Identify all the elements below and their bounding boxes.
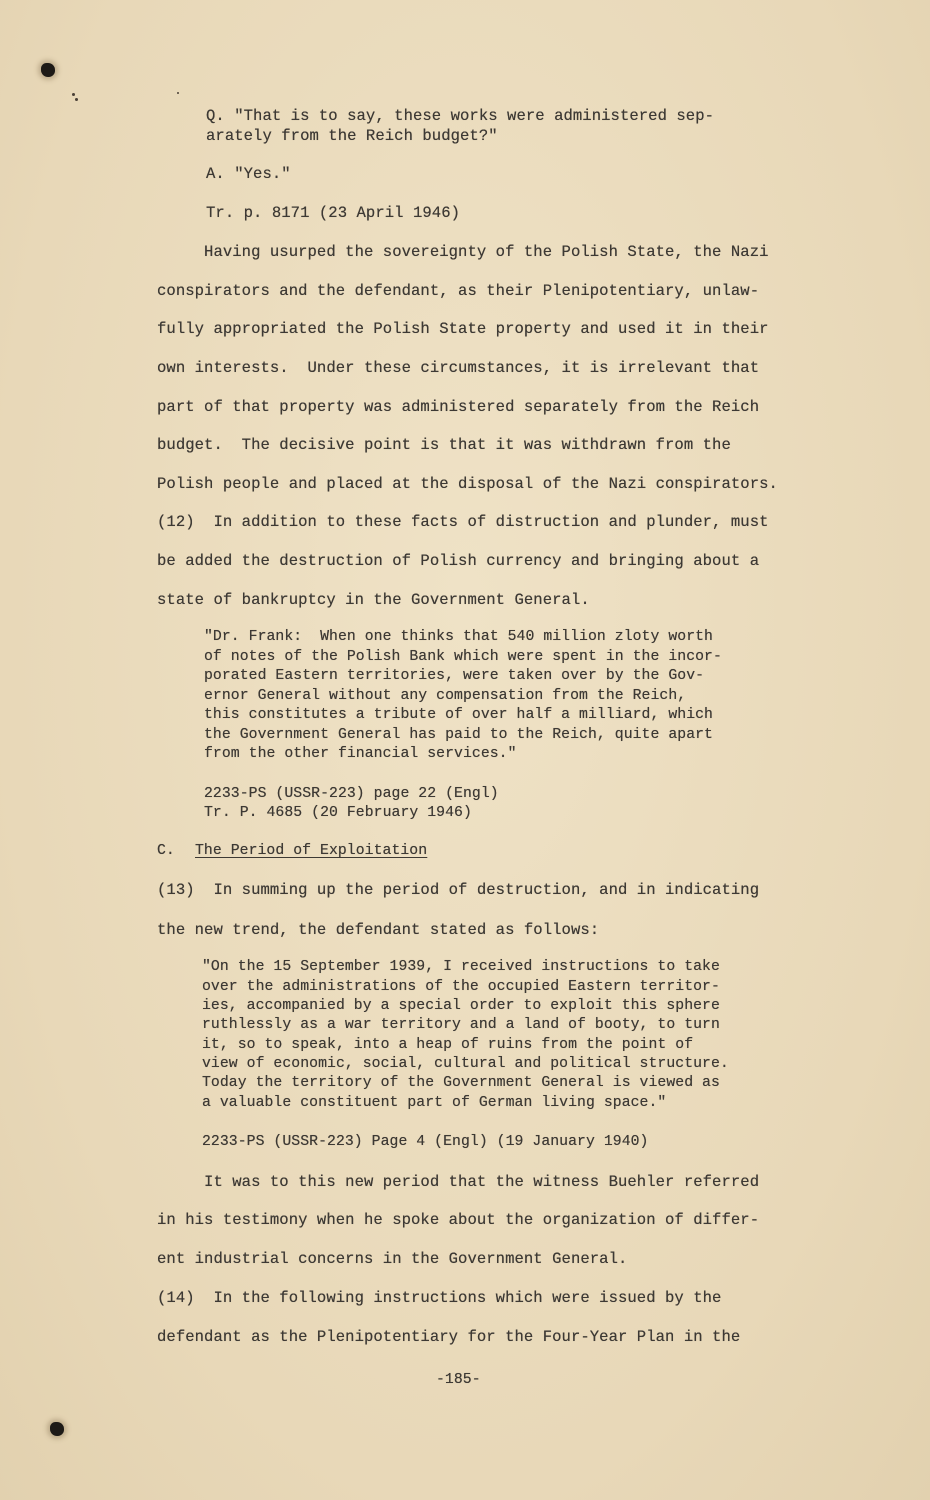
quote-line: the Government General has paid to the R… [204, 727, 713, 743]
document-page: Q. "That is to say, these works were adm… [0, 0, 930, 1500]
body-line: defendant as the Plenipotentiary for the… [157, 1328, 740, 1346]
quote-line: ruthlessly as a war territory and a land… [202, 1017, 720, 1033]
body-line: It was to this new period that the witne… [157, 1173, 759, 1191]
quote-line: Today the territory of the Government Ge… [202, 1075, 720, 1091]
quote-line: over the administrations of the occupied… [202, 979, 720, 995]
body-line: conspirators and the defendant, as their… [157, 282, 759, 300]
quote-line: ernor General without any compensation f… [204, 688, 686, 704]
body-line: Polish people and placed at the disposal… [157, 475, 778, 493]
body-line: Having usurped the sovereignty of the Po… [157, 243, 769, 261]
punch-hole-top [41, 63, 55, 77]
punch-hole-bottom [50, 1422, 64, 1436]
body-line: in his testimony when he spoke about the… [157, 1211, 759, 1229]
body-line: part of that property was administered s… [157, 398, 759, 416]
body-line: (13) In summing up the period of destruc… [157, 881, 759, 899]
citation: 2233-PS (USSR-223) Page 4 (Engl) (19 Jan… [202, 1134, 648, 1150]
body-line: budget. The decisive point is that it wa… [157, 436, 731, 454]
citation: Tr. P. 4685 (20 February 1946) [204, 805, 472, 821]
speck [75, 98, 78, 101]
question-line: arately from the Reich budget?" [206, 127, 498, 145]
section-heading: The Period of Exploitation [195, 843, 427, 859]
quote-line: "Dr. Frank: When one thinks that 540 mil… [204, 629, 713, 645]
quote-line: view of economic, social, cultural and p… [202, 1056, 729, 1072]
quote-line: it, so to speak, into a heap of ruins fr… [202, 1037, 693, 1053]
body-line: (12) In addition to these facts of distr… [157, 513, 769, 531]
body-line: state of bankruptcy in the Government Ge… [157, 591, 590, 609]
question-line: Q. "That is to say, these works were adm… [206, 107, 714, 125]
speck [177, 92, 179, 94]
page-number: -185- [436, 1372, 481, 1388]
quote-line: "On the 15 September 1939, I received in… [202, 959, 720, 975]
answer-line: A. "Yes." [206, 165, 291, 183]
body-line: fully appropriated the Polish State prop… [157, 320, 769, 338]
quote-line: ies, accompanied by a special order to e… [202, 998, 720, 1014]
quote-line: of notes of the Polish Bank which were s… [204, 649, 722, 665]
quote-line: porated Eastern territories, were taken … [204, 668, 704, 684]
citation: 2233-PS (USSR-223) page 22 (Engl) [204, 786, 499, 802]
citation: Tr. p. 8171 (23 April 1946) [206, 204, 460, 222]
quote-line: this constitutes a tribute of over half … [204, 707, 713, 723]
body-line: ent industrial concerns in the Governmen… [157, 1250, 627, 1268]
body-line: own interests. Under these circumstances… [157, 359, 759, 377]
body-line: (14) In the following instructions which… [157, 1289, 721, 1307]
section-letter: C. [157, 843, 175, 859]
quote-line: a valuable constituent part of German li… [202, 1095, 666, 1111]
speck [72, 93, 75, 96]
body-line: be added the destruction of Polish curre… [157, 552, 759, 570]
body-line: the new trend, the defendant stated as f… [157, 921, 599, 939]
quote-line: from the other financial services." [204, 746, 517, 762]
